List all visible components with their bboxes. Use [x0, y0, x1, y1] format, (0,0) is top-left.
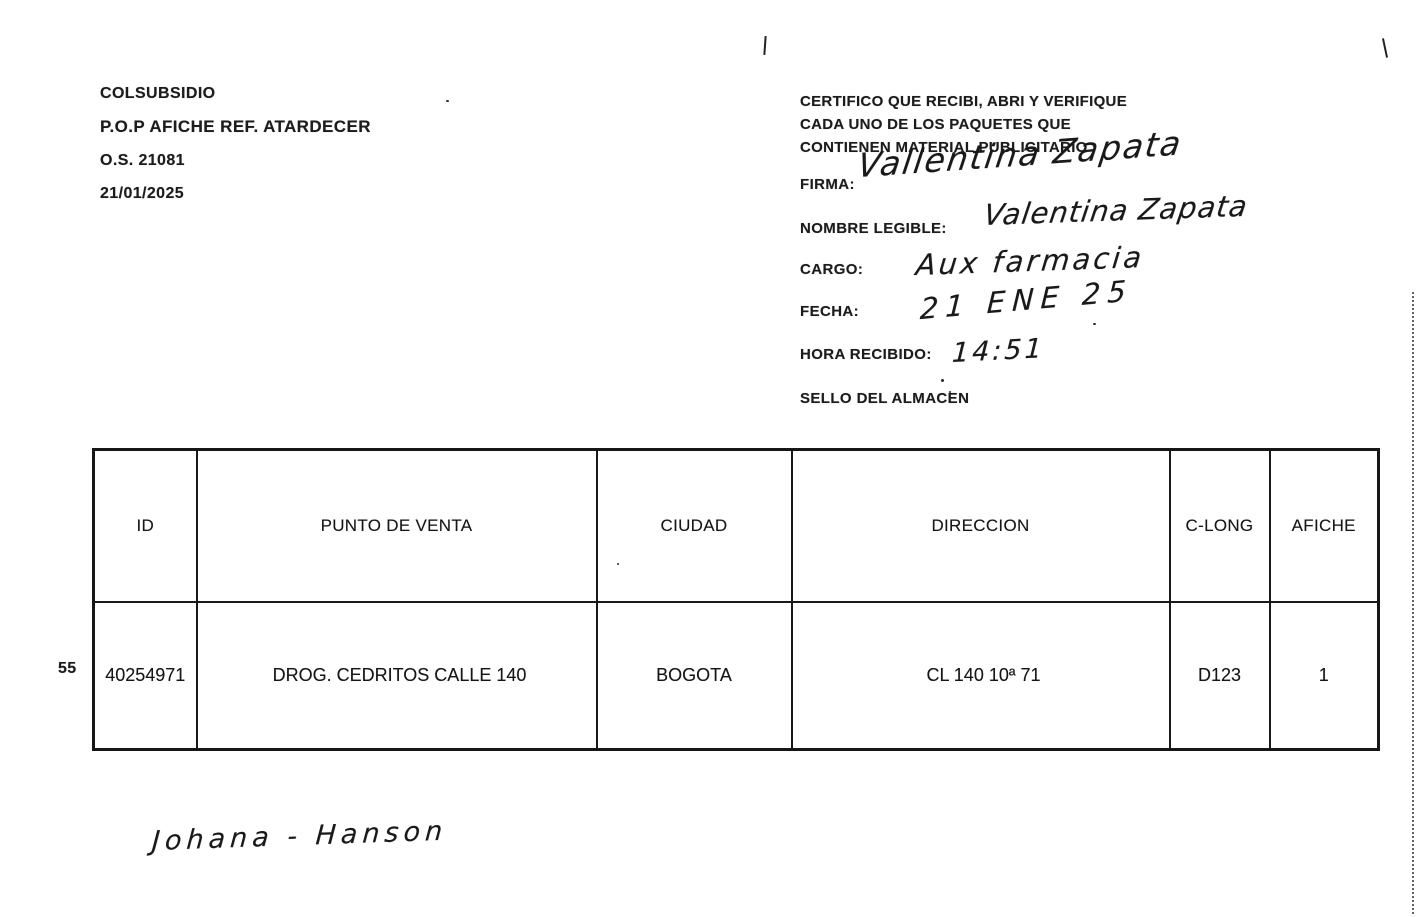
order-number: O.S. 21081 — [100, 151, 371, 170]
firma-label: FIRMA: — [800, 176, 855, 193]
order-date: 21/01/2025 — [100, 184, 371, 203]
nombre-legible-handwriting: Valentina Zapata — [982, 189, 1250, 232]
cell-punto-de-venta: DROG. CEDRITOS CALLE 140 — [197, 602, 597, 750]
cargo-label: CARGO: — [800, 261, 863, 278]
distribution-table: ID PUNTO DE VENTA CIUDAD DIRECCION C-LON… — [92, 448, 1380, 751]
header-afiche: AFICHE — [1270, 450, 1379, 603]
hora-recibido-label: HORA RECIBIDO: — [800, 346, 932, 363]
cell-direccion: CL 140 10ª 71 — [792, 602, 1170, 750]
scan-dotted-edge-line — [1412, 292, 1414, 914]
scan-mark-top-right — [1382, 38, 1388, 58]
fecha-label: FECHA: — [800, 303, 859, 320]
campaign-reference: P.O.P AFICHE REF. ATARDECER — [100, 117, 371, 136]
table-header-row: ID PUNTO DE VENTA CIUDAD DIRECCION C-LON… — [94, 450, 1379, 603]
order-header-block: COLSUBSIDIO P.O.P AFICHE REF. ATARDECER … — [100, 84, 371, 203]
cell-id: 40254971 — [94, 602, 197, 750]
scanned-delivery-certificate: COLSUBSIDIO P.O.P AFICHE REF. ATARDECER … — [0, 0, 1420, 917]
ink-speck — [1093, 323, 1096, 325]
fecha-handwriting: 21 ENE 25 — [919, 273, 1134, 326]
cell-ciudad: BOGOTA — [597, 602, 792, 750]
company-name: COLSUBSIDIO — [100, 84, 371, 103]
cell-c-long: D123 — [1170, 602, 1270, 750]
header-c-long: C-LONG — [1170, 450, 1270, 603]
ink-speck — [941, 379, 944, 382]
header-ciudad: CIUDAD — [597, 450, 792, 603]
bottom-note-handwriting: Johana - Hanson — [151, 816, 448, 857]
cell-afiche: 1 — [1270, 602, 1379, 750]
ink-speck — [949, 391, 951, 393]
nombre-legible-label: NOMBRE LEGIBLE: — [800, 220, 947, 237]
header-direccion: DIRECCION — [792, 450, 1170, 603]
hora-recibido-handwriting: 14:51 — [951, 333, 1045, 369]
ink-speck — [446, 100, 449, 102]
scan-mark-top-center — [763, 36, 766, 55]
header-punto-de-venta: PUNTO DE VENTA — [197, 450, 597, 603]
table-row: 40254971 DROG. CEDRITOS CALLE 140 BOGOTA… — [94, 602, 1379, 750]
sello-almacen-label: SELLO DEL ALMACEN — [800, 390, 969, 407]
ink-speck — [617, 563, 619, 565]
header-id: ID — [94, 450, 197, 603]
row-index-number: 55 — [58, 660, 77, 678]
statement-line-1: CERTIFICO QUE RECIBI, ABRI Y VERIFIQUE — [800, 90, 1127, 113]
